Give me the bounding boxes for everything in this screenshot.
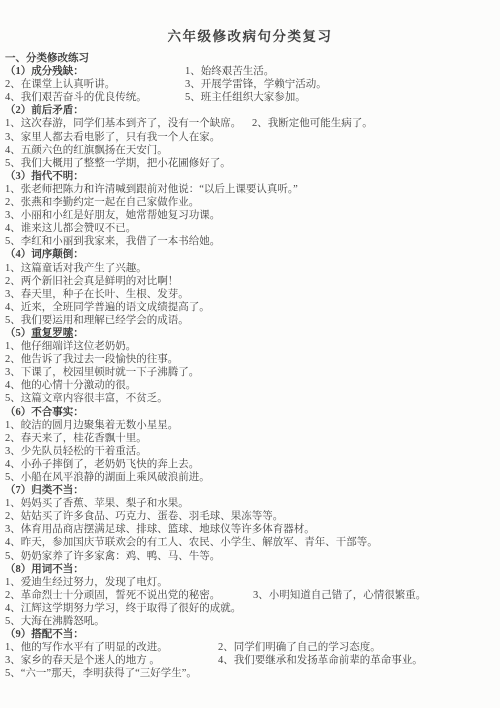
document-line: 1、他仔细端详这位老奶奶。 (0, 340, 500, 353)
document-line: 1、这次春游，同学们基本到齐了，没有一个缺席。2、我断定他可能生病了。 (0, 117, 500, 130)
document-line: 5、大海在沸腾怒吼。 (0, 615, 500, 628)
document-line: 1、爱迪生经过努力，发现了电灯。 (0, 576, 500, 589)
sentence-text: 2、他告诉了我过去一段愉快的往事。 (5, 354, 178, 365)
document-line: 2、两个新旧社会真是鲜明的对比啊！ (0, 275, 500, 288)
sentence-text: 4、我们要继承和发扬革命前辈的革命事业。 (218, 654, 423, 667)
document-line: 4、小孙子摔倒了，老奶奶飞快的奔上去。 (0, 458, 500, 471)
sentence-text: 1、妈妈买了香蕉、苹果、梨子和水果。 (5, 498, 189, 509)
document-body: 一、分类修改练习（1）成分残缺：1、始终艰苦生活。2、在课堂上认真听讲。3、开展… (0, 52, 500, 681)
sentence-text: 5、李红和小丽到我家来，我借了一本书给她。 (5, 236, 220, 247)
sentence-text: 2、同学们明确了自己的学习态度。 (218, 641, 381, 654)
document-line: 4、谁来这儿都会赞叹不已。 (0, 222, 500, 235)
document-line: 2、春天来了，桂花香飘十里。 (0, 432, 500, 445)
category-heading: （6）不合事实： (5, 407, 84, 418)
document-line: 1、妈妈买了香蕉、苹果、梨子和水果。 (0, 497, 500, 510)
document-line: 4、他的心情十分激动的很。 (0, 379, 500, 392)
sentence-text: 2、在课堂上认真听讲。 (5, 79, 115, 90)
sentence-text: 4、谁来这儿都会赞叹不已。 (5, 223, 136, 234)
category-heading: （8）用词不当： (5, 564, 84, 575)
sentence-text: 1、这次春游，同学们基本到齐了，没有一个缺席。 (5, 118, 241, 129)
document-page: 六年级修改病句分类复习 一、分类修改练习（1）成分残缺：1、始终艰苦生活。2、在… (0, 0, 500, 708)
sentence-text: 2、我断定他可能生病了。 (252, 117, 373, 130)
sentence-text: 1、始终艰苦生活。 (185, 65, 274, 78)
section-heading-line: （5）重复罗嗦： (0, 327, 500, 340)
sentence-text: 3、春天里，种子在长叶、生根、发芽。 (5, 289, 189, 300)
sentence-text: 2、革命烈士十分顽固，誓死不说出党的秘密。 (5, 590, 220, 601)
sentence-text: 1、爱迪生经过努力，发现了电灯。 (5, 577, 168, 588)
sentence-text: 5、大海在沸腾怒吼。 (5, 616, 105, 627)
sentence-text: 3、开展学雷锋，学赖宁活动。 (185, 78, 327, 91)
document-line: 5、李红和小丽到我家来，我借了一本书给她。 (0, 235, 500, 248)
section-heading-line: （6）不合事实： (0, 406, 500, 419)
section-heading-line: （3）指代不明： (0, 170, 500, 183)
sentence-text: 2、春天来了，桂花香飘十里。 (5, 433, 147, 444)
sentence-text: 4、昨天，参加国庆节联欢会的有工人、农民、小学生、解放军、青年、干部等。 (5, 537, 378, 548)
document-line: 1、这篇童话对我产生了兴趣。 (0, 262, 500, 275)
document-line: 1、皎洁的圆月边聚集着无数小星星。 (0, 419, 500, 432)
sentence-text: 4、五颜六色的红旗飘扬在天安门。 (5, 145, 168, 156)
document-line: 4、我们艰苦奋斗的优良传统。5、班主任组织大家参加。 (0, 91, 500, 104)
sentence-text: 4、小孙子摔倒了，老奶奶飞快的奔上去。 (5, 459, 199, 470)
sentence-text: 3、下课了，校园里顿时就一下子沸腾了。 (5, 367, 199, 378)
sentence-text: 1、张老师把陈力和许清喊到跟前对他说：“以后上课要认真听。” (5, 184, 298, 195)
sentence-text: 4、我们艰苦奋斗的优良传统。 (5, 92, 147, 103)
document-line: 5、小船在风平浪静的湖面上乘风破浪前进。 (0, 471, 500, 484)
section-heading-line: （2）前后矛盾： (0, 104, 500, 117)
document-line: 2、他告诉了我过去一段愉快的往事。 (0, 353, 500, 366)
document-line: 3、家里人都去看电影了，只有我一个人在家。 (0, 131, 500, 144)
sentence-text: 5、“六一”那天，李明获得了“三好学生”。 (5, 668, 197, 679)
document-line: 4、近来，全班同学普遍的语文成绩提高了。 (0, 301, 500, 314)
section-heading-line: （7）归类不当： (0, 484, 500, 497)
sentence-text: 2、张燕和李勤约定一起在自己家做作业。 (5, 197, 199, 208)
sentence-text: 3、小丽和小红是好朋友，她常帮她复习功课。 (5, 210, 220, 221)
section-heading-line: （9）搭配不当： (0, 628, 500, 641)
category-heading: （9）搭配不当： (5, 629, 84, 640)
sentence-text: 3、小明知道自己错了，心情很繁重。 (253, 589, 426, 602)
sentence-text: 5、我们大概用了整整一学期，把小花圃修好了。 (5, 158, 231, 169)
sentence-text: 4、近来，全班同学普遍的语文成绩提高了。 (5, 302, 210, 313)
sentence-text: 3、家乡的春天是个迷人的地方 。 (5, 655, 160, 666)
sentence-text: 5、这篇文章内容很丰富，不贫乏。 (5, 393, 168, 404)
document-title: 六年级修改病句分类复习 (0, 25, 500, 45)
document-line: 1、他的写作水平有了明显的改进。2、同学们明确了自己的学习态度。 (0, 641, 500, 654)
sentence-text: 1、他仔细端详这位老奶奶。 (5, 341, 136, 352)
sentence-text: 2、姑姑买了许多食品、巧克力、蛋卷、羽毛球、果冻等等。 (5, 511, 283, 522)
document-line: 1、张老师把陈力和许清喊到跟前对他说：“以后上课要认真听。” (0, 183, 500, 196)
category-heading: 一、分类修改练习 (5, 53, 89, 64)
sentence-text: 3、少先队员轻松的干着重活。 (5, 446, 147, 457)
document-line: 3、小丽和小红是好朋友，她常帮她复习功课。 (0, 209, 500, 222)
sentence-text: 5、我们要运用和理解已经学会的成语。 (5, 315, 189, 326)
sentence-text: 3、家里人都去看电影了，只有我一个人在家。 (5, 132, 220, 143)
document-line: 3、春天里，种子在长叶、生根、发芽。 (0, 288, 500, 301)
document-line: 2、姑姑买了许多食品、巧克力、蛋卷、羽毛球、果冻等等。 (0, 510, 500, 523)
document-line: 3、体育用品商店摆满足球、排球、篮球、地球仪等许多体育器材。 (0, 523, 500, 536)
document-line: 4、江辉这学期努力学习，终于取得了很好的成就。 (0, 602, 500, 615)
sentence-text: 3、体育用品商店摆满足球、排球、篮球、地球仪等许多体育器材。 (5, 524, 315, 535)
section-heading-line: （4）词序颠倒： (0, 248, 500, 261)
sentence-text: 1、他的写作水平有了明显的改进。 (5, 642, 168, 653)
document-line: 5、我们要运用和理解已经学会的成语。 (0, 314, 500, 327)
sentence-text: 5、奶奶家养了许多家禽：鸡、鸭、马、牛等。 (5, 551, 220, 562)
document-line: 5、“六一”那天，李明获得了“三好学生”。 (0, 667, 500, 680)
document-line: 2、革命烈士十分顽固，誓死不说出党的秘密。3、小明知道自己错了，心情很繁重。 (0, 589, 500, 602)
category-heading: （7）归类不当： (5, 485, 84, 496)
sentence-text: 1、这篇童话对我产生了兴趣。 (5, 263, 147, 274)
document-line: 3、少先队员轻松的干着重活。 (0, 445, 500, 458)
document-line: 2、在课堂上认真听讲。3、开展学雷锋，学赖宁活动。 (0, 78, 500, 91)
category-heading: （5） (5, 328, 31, 339)
category-heading: 重复罗嗦 (31, 328, 73, 339)
sentence-text: 4、江辉这学期努力学习，终于取得了很好的成就。 (5, 603, 241, 614)
category-heading: （4）词序颠倒： (5, 249, 84, 260)
document-line: 5、这篇文章内容很丰富，不贫乏。 (0, 392, 500, 405)
document-line: 5、奶奶家养了许多家禽：鸡、鸭、马、牛等。 (0, 550, 500, 563)
sentence-text: 2、两个新旧社会真是鲜明的对比啊！ (5, 276, 178, 287)
category-heading: （2）前后矛盾： (5, 105, 84, 116)
section-heading-line: （1）成分残缺：1、始终艰苦生活。 (0, 65, 500, 78)
category-heading: （3）指代不明： (5, 171, 84, 182)
sentence-text: 1、皎洁的圆月边聚集着无数小星星。 (5, 420, 178, 431)
category-heading: （1）成分残缺： (5, 66, 84, 77)
sentence-text: 5、班主任组织大家参加。 (185, 91, 306, 104)
sentence-text: 5、小船在风平浪静的湖面上乘风破浪前进。 (5, 472, 210, 483)
document-line: 4、五颜六色的红旗飘扬在天安门。 (0, 144, 500, 157)
sentence-text: 4、他的心情十分激动的很。 (5, 380, 136, 391)
section-heading-line: 一、分类修改练习 (0, 52, 500, 65)
document-line: 3、家乡的春天是个迷人的地方 。4、我们要继承和发扬革命前辈的革命事业。 (0, 654, 500, 667)
category-heading: ： (73, 328, 84, 339)
document-line: 3、下课了，校园里顿时就一下子沸腾了。 (0, 366, 500, 379)
document-line: 4、昨天，参加国庆节联欢会的有工人、农民、小学生、解放军、青年、干部等。 (0, 536, 500, 549)
document-line: 2、张燕和李勤约定一起在自己家做作业。 (0, 196, 500, 209)
document-line: 5、我们大概用了整整一学期，把小花圃修好了。 (0, 157, 500, 170)
section-heading-line: （8）用词不当： (0, 563, 500, 576)
